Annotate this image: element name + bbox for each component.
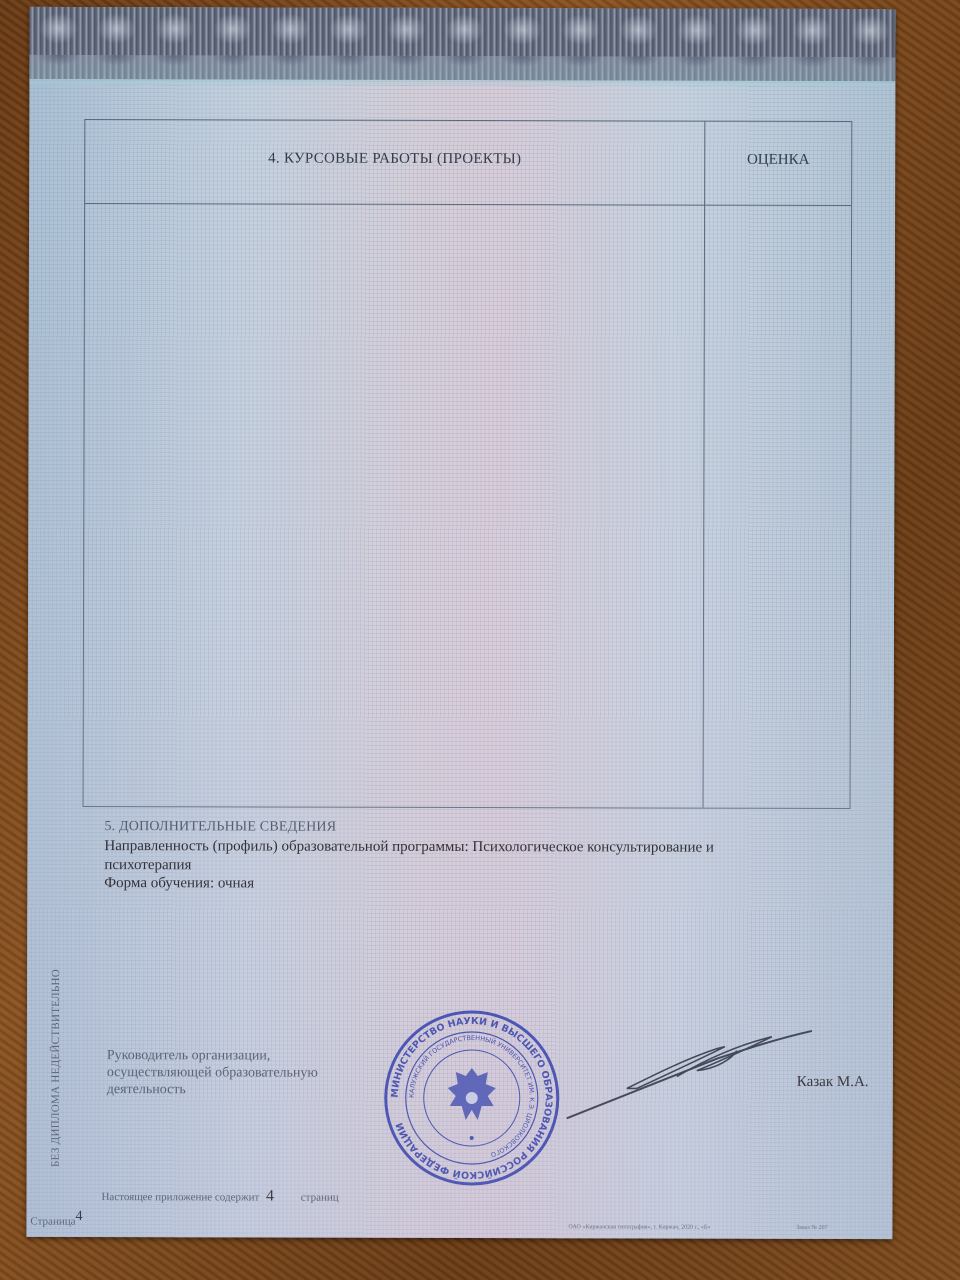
- table-header-divider: [85, 203, 851, 206]
- order-number: Заказ № 207: [796, 1225, 827, 1231]
- coursework-table: 4. КУРСОВЫЕ РАБОТЫ (ПРОЕКТЫ) ОЦЕНКА: [83, 119, 853, 809]
- signature-icon: [557, 1018, 817, 1129]
- page-number: 4: [75, 1209, 82, 1224]
- table-column-divider: [703, 122, 706, 808]
- diploma-supplement-page: 4. КУРСОВЫЕ РАБОТЫ (ПРОЕКТЫ) ОЦЕНКА 5. Д…: [26, 7, 895, 1239]
- signer-name: Казак М.А.: [797, 1074, 869, 1091]
- page-label: Страница: [30, 1216, 75, 1228]
- head-of-organization-label: Руководитель организации, осуществляющей…: [107, 1047, 347, 1099]
- official-stamp-icon: МИНИСТЕРСТВО НАУКИ И ВЫСШЕГО ОБРАЗОВАНИЯ…: [382, 1008, 562, 1188]
- section5-title: 5. ДОПОЛНИТЕЛЬНЫЕ СВЕДЕНИЯ: [104, 819, 336, 836]
- study-form-line: Форма обучения: очная: [104, 875, 254, 892]
- pages-prefix: Настоящее приложение содержит: [101, 1191, 259, 1203]
- invalid-without-diploma-note: БЕЗ ДИПЛОМА НЕДЕЙСТВИТЕЛЬНО: [50, 969, 63, 1167]
- guilloche-band: [29, 55, 895, 87]
- pages-count: 4: [266, 1187, 274, 1204]
- page-number-line: Страница4: [30, 1209, 82, 1228]
- table-header-grade: ОЦЕНКА: [705, 152, 851, 169]
- pages-suffix: страниц: [301, 1192, 339, 1204]
- profile-line: Направленность (профиль) образовательной…: [104, 837, 804, 877]
- printer-imprint: ОАО «Киржачская типография», г. Киржач, …: [568, 1224, 710, 1230]
- table-header-coursework: 4. КУРСОВЫЕ РАБОТЫ (ПРОЕКТЫ): [85, 150, 704, 169]
- pages-count-line: Настоящее приложение содержит 4 страниц: [101, 1187, 338, 1206]
